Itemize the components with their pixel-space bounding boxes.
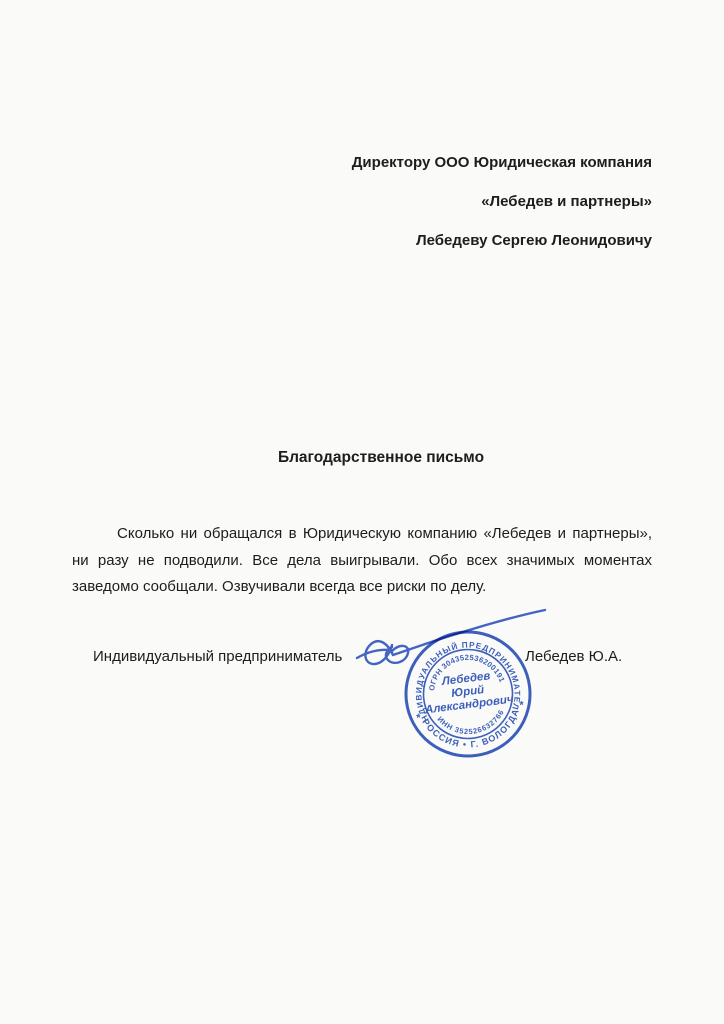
recipient-line-1: Директору ООО Юридическая компания [232, 143, 652, 182]
signature-scribble [345, 598, 555, 688]
recipient-block: Директору ООО Юридическая компания «Лебе… [232, 143, 652, 260]
signature-stroke-icon [345, 598, 555, 688]
scanned-letter-page: { "page": { "paper_color": "#fcfcfa", "t… [0, 0, 724, 1024]
signer-role: Индивидуальный предприниматель [93, 648, 342, 665]
letter-title: Благодарственное письмо [72, 449, 652, 467]
stamp-star-right-icon: * [519, 699, 525, 712]
recipient-line-3: Лебедеву Сергею Леонидовичу [232, 221, 652, 260]
letter-body: Сколько ни обращался в Юридическую компа… [72, 521, 652, 601]
recipient-line-2: «Лебедев и партнеры» [232, 182, 652, 221]
